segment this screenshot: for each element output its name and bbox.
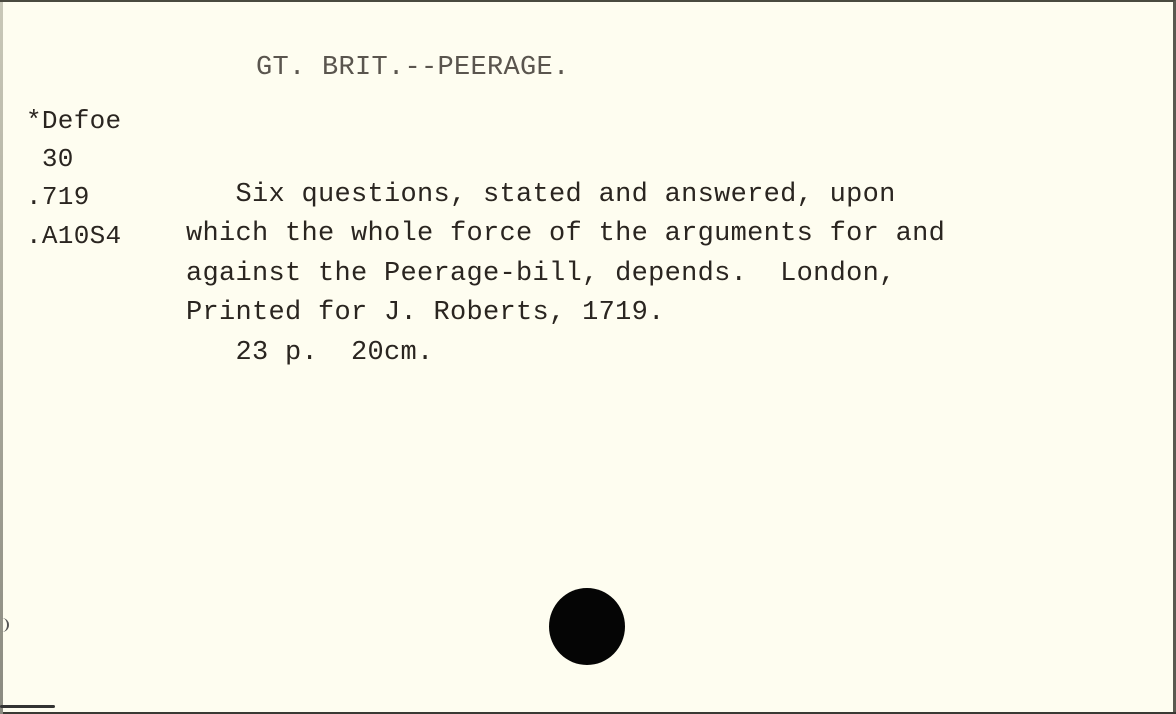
description-line-2: which the whole force of the arguments f…: [186, 218, 945, 250]
subject-heading: GT. BRIT.--PEERAGE.: [256, 52, 570, 84]
call-number-line-3: .719: [26, 181, 90, 213]
catalog-card: GT. BRIT.--PEERAGE. *Defoe 30 .719 .A10S…: [0, 0, 1176, 712]
edge-mark: [0, 618, 9, 632]
punch-hole: [549, 588, 625, 665]
description-line-1: Six questions, stated and answered, upon: [186, 179, 896, 211]
card-edge: [0, 2, 3, 712]
collation-line: 23 p. 20cm.: [186, 337, 434, 369]
call-number-line-2: 30: [26, 143, 74, 175]
edge-mark-bottom: [0, 705, 55, 708]
call-number-line-1: *Defoe: [26, 105, 121, 137]
call-number-line-4: .A10S4: [26, 220, 121, 252]
description-line-3: against the Peerage-bill, depends. Londo…: [186, 258, 896, 290]
description-line-4: Printed for J. Roberts, 1719.: [186, 297, 665, 329]
